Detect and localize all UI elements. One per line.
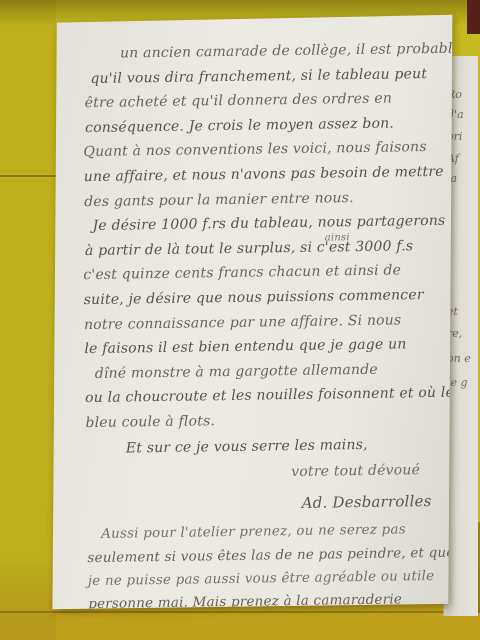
letter-page: un ancien camarade de collège, il est pr… xyxy=(50,13,454,611)
photo-of-letter: iRod'aoriAflaetre,on ele g un ancien cam… xyxy=(0,0,480,640)
underlined-phrase: Mais prenez à la camaraderie xyxy=(192,592,402,611)
letter-line: Et sur ce je vous serre les mains, xyxy=(86,435,454,465)
closing-line: votre tout dévoué xyxy=(86,462,454,492)
signature: Ad. Desbarrolles xyxy=(87,491,454,521)
letter-sheet-wrapper: un ancien camarade de collège, il est pr… xyxy=(0,0,480,640)
handwritten-text-block: un ancien camarade de collège, il est pr… xyxy=(50,13,454,611)
